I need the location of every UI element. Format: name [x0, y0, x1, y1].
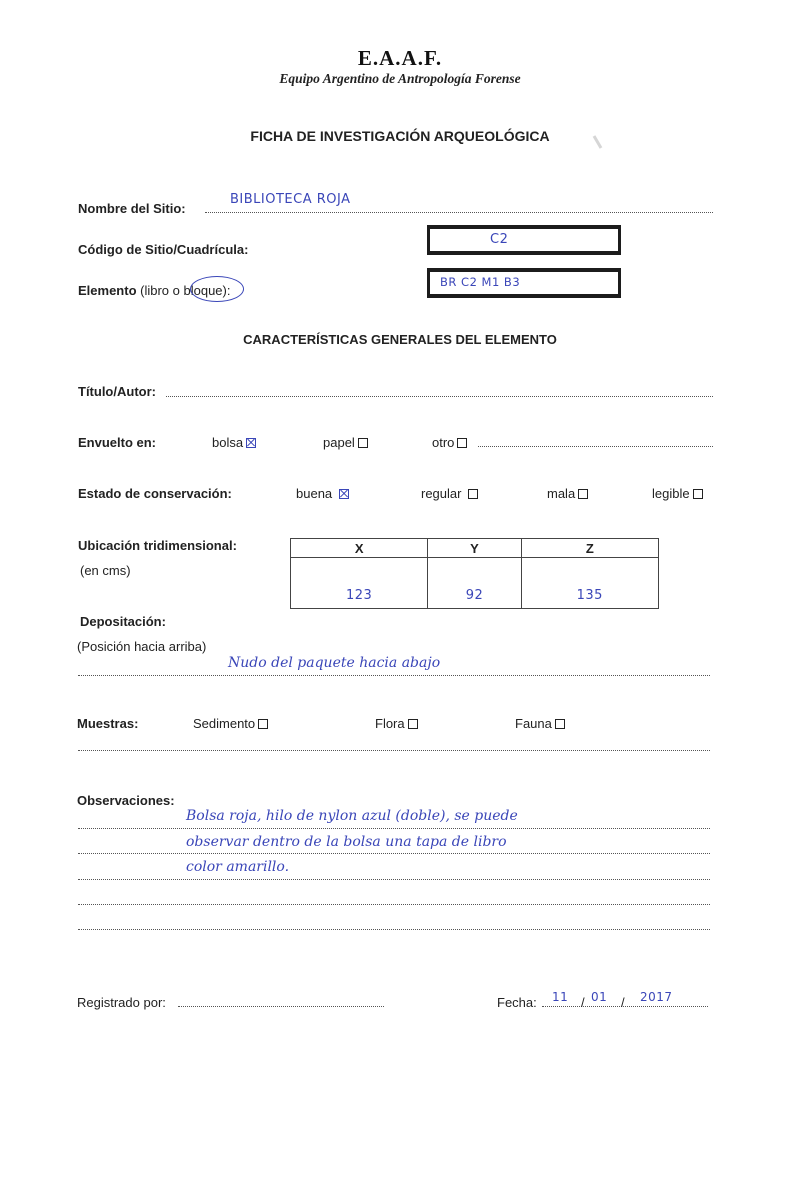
- site-name-label: Nombre del Sitio:: [78, 201, 186, 216]
- conservation-option-mala[interactable]: mala: [547, 486, 588, 501]
- coord-value-z[interactable]: 135: [521, 558, 658, 609]
- date-separator: /: [581, 995, 585, 1010]
- samples-option-label: Sedimento: [193, 716, 255, 731]
- date-separator: /: [621, 995, 625, 1010]
- element-code-box[interactable]: BR C2 M1 B3: [427, 268, 621, 298]
- samples-line[interactable]: [78, 750, 710, 751]
- conservation-label: Estado de conservación:: [78, 486, 232, 501]
- samples-option-label: Fauna: [515, 716, 552, 731]
- location-label: Ubicación tridimensional:: [78, 538, 237, 553]
- samples-option-flora[interactable]: Flora: [375, 716, 418, 731]
- conservation-option-label: mala: [547, 486, 575, 501]
- samples-option-fauna[interactable]: Fauna: [515, 716, 565, 731]
- conservation-option-label: regular: [421, 486, 461, 501]
- coord-value-x[interactable]: 123: [291, 558, 428, 609]
- coord-value-y[interactable]: 92: [428, 558, 521, 609]
- deposition-sublabel: (Posición hacia arriba): [77, 639, 206, 654]
- observations-text-line: Bolsa roja, hilo de nylon azul (doble), …: [186, 808, 518, 824]
- date-year: 2017: [640, 990, 673, 1004]
- checkbox[interactable]: [693, 489, 703, 499]
- date-label: Fecha:: [497, 995, 537, 1010]
- checkbox[interactable]: [457, 438, 467, 448]
- observations-line[interactable]: [78, 904, 710, 905]
- site-code-box[interactable]: C2: [427, 225, 621, 255]
- org-name: Equipo Argentino de Antropología Forense: [0, 71, 800, 87]
- site-code-value: C2: [490, 232, 508, 247]
- circle-mark: [190, 276, 244, 302]
- checkbox[interactable]: [555, 719, 565, 729]
- checkbox[interactable]: [578, 489, 588, 499]
- registered-by-label: Registrado por:: [77, 995, 166, 1010]
- coord-header-z: Z: [521, 539, 658, 558]
- checkbox[interactable]: [258, 719, 268, 729]
- element-label-bold: Elemento: [78, 283, 137, 298]
- site-name-line: [205, 212, 713, 213]
- location-unit-label: (en cms): [80, 563, 131, 578]
- checkbox-checked[interactable]: [246, 438, 256, 448]
- conservation-option-legible[interactable]: legible: [652, 486, 703, 501]
- wrapped-option-bolsa[interactable]: bolsa: [212, 435, 256, 450]
- title-author-label: Título/Autor:: [78, 384, 156, 399]
- deposition-value: Nudo del paquete hacia abajo: [228, 655, 440, 671]
- observations-text-line: observar dentro de la bolsa una tapa de …: [186, 834, 507, 850]
- checkbox[interactable]: [408, 719, 418, 729]
- samples-option-sedimento[interactable]: Sedimento: [193, 716, 268, 731]
- coordinates-table: X Y Z 123 92 135: [290, 538, 659, 609]
- coord-header-y: Y: [428, 539, 521, 558]
- wrapped-option-label: papel: [323, 435, 355, 450]
- site-code-label: Código de Sitio/Cuadrícula:: [78, 242, 248, 257]
- samples-label: Muestras:: [77, 716, 138, 731]
- wrapped-option-label: otro: [432, 435, 454, 450]
- title-author-line[interactable]: [166, 396, 713, 397]
- observations-line[interactable]: [78, 853, 710, 854]
- deposition-line[interactable]: [78, 675, 710, 676]
- conservation-option-label: legible: [652, 486, 690, 501]
- observations-label: Observaciones:: [77, 793, 175, 808]
- wrapped-in-label: Envuelto en:: [78, 435, 156, 450]
- checkbox-checked[interactable]: [339, 489, 349, 499]
- conservation-option-regular[interactable]: regular: [421, 486, 478, 501]
- wrapped-option-label: bolsa: [212, 435, 243, 450]
- observations-line[interactable]: [78, 929, 710, 930]
- deposition-label: Depositación:: [80, 614, 166, 629]
- site-name-value[interactable]: BIBLIOTECA ROJA: [230, 192, 351, 207]
- wrapped-option-papel[interactable]: papel: [323, 435, 368, 450]
- date-month: 01: [591, 990, 607, 1004]
- wrapped-option-otro[interactable]: otro: [432, 435, 467, 450]
- form-title: FICHA DE INVESTIGACIÓN ARQUEOLÓGICA: [0, 128, 800, 144]
- date-day: 11: [552, 990, 568, 1004]
- wrapped-other-line[interactable]: [478, 446, 713, 447]
- checkbox[interactable]: [468, 489, 478, 499]
- element-label-rest: (libro o: [137, 283, 184, 298]
- coord-header-x: X: [291, 539, 428, 558]
- element-code-value: BR C2 M1 B3: [440, 275, 520, 289]
- section-title: CARACTERÍSTICAS GENERALES DEL ELEMENTO: [0, 332, 800, 347]
- coordinates-value-row: 123 92 135: [291, 558, 659, 609]
- checkbox[interactable]: [358, 438, 368, 448]
- observations-line[interactable]: [78, 879, 710, 880]
- coordinates-header-row: X Y Z: [291, 539, 659, 558]
- observations-text-line: color amarillo.: [186, 859, 289, 875]
- samples-option-label: Flora: [375, 716, 405, 731]
- conservation-option-buena[interactable]: buena: [296, 486, 349, 501]
- org-acronym: E.A.A.F.: [0, 46, 800, 71]
- registered-by-line[interactable]: [178, 1006, 384, 1007]
- observations-line[interactable]: [78, 828, 710, 829]
- date-line[interactable]: [542, 1006, 708, 1007]
- conservation-option-label: buena: [296, 486, 332, 501]
